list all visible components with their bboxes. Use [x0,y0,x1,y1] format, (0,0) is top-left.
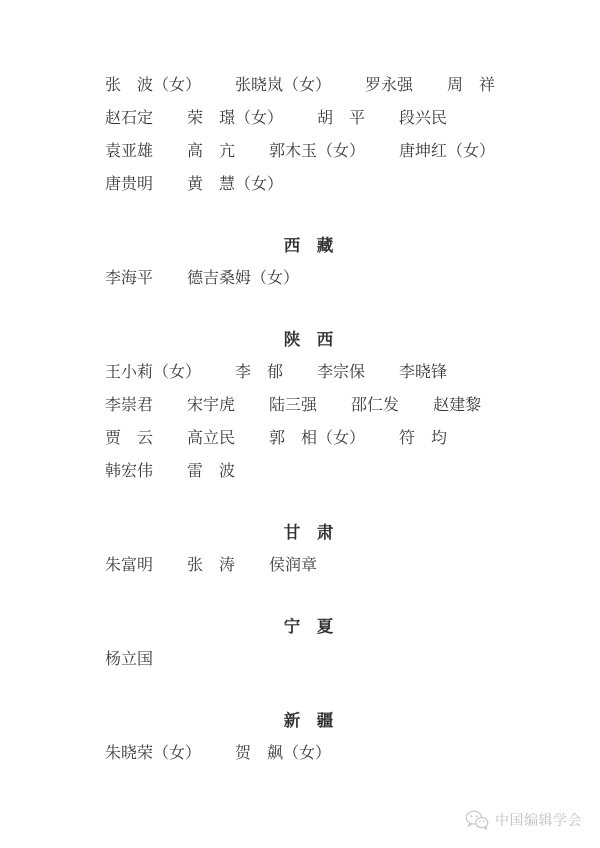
section-ningxia: 宁 夏 杨立国 [105,591,512,685]
section-shaanxi: 陕 西 王小莉（女） 李 郁 李宗保 李晓锋 李崇君 宋宇虎 陆三强 邵仁发 赵… [105,304,512,497]
person-name: 袁亚雄 [105,144,153,160]
name-row: 唐贵明 黄 慧（女） [105,177,512,193]
name-row: 赵石定 荣 璟（女） 胡 平 段兴民 [105,111,512,127]
section-header-xizang: 西 藏 [105,237,512,254]
name-row: 张 波（女） 张晓岚（女） 罗永强 周 祥 [105,78,512,94]
section-header-gansu: 甘 肃 [105,524,512,541]
name-row: 朱富明 张 涛 侯润章 [105,558,512,574]
person-name: 高 亢 [187,144,235,160]
person-name: 胡 平 [317,111,365,127]
person-name: 唐贵明 [105,177,153,193]
person-name: 杨立国 [105,652,153,668]
name-row: 贾 云 高立民 郭 相（女） 符 均 [105,431,512,447]
name-row: 杨立国 [105,652,512,668]
person-name: 高立民 [187,431,235,447]
person-name: 张 涛 [187,558,235,574]
name-row: 朱晓荣（女） 贺 飙（女） [105,746,512,762]
person-name: 唐坤红（女） [399,144,495,160]
person-name: 朱晓荣（女） [105,746,201,762]
document-page: 张 波（女） 张晓岚（女） 罗永强 周 祥 赵石定 荣 璟（女） 胡 平 段兴民… [0,0,600,848]
person-name: 李崇君 [105,398,153,414]
person-name: 周 祥 [447,78,495,94]
person-name: 李晓锋 [399,365,447,381]
name-row: 韩宏伟 雷 波 [105,464,512,480]
person-name: 贺 飙（女） [235,746,331,762]
document-content: 张 波（女） 张晓岚（女） 罗永强 周 祥 赵石定 荣 璟（女） 胡 平 段兴民… [0,0,600,779]
section-xizang: 西 藏 李海平 德吉桑姆（女） [105,210,512,304]
person-name: 宋宇虎 [187,398,235,414]
person-name: 邵仁发 [351,398,399,414]
wechat-logo-icon [465,810,489,830]
section-gansu: 甘 肃 朱富明 张 涛 侯润章 [105,497,512,591]
section-header-ningxia: 宁 夏 [105,618,512,635]
person-name: 郭木玉（女） [269,144,365,160]
person-name: 李宗保 [317,365,365,381]
person-name: 黄 慧（女） [187,177,283,193]
person-name: 李海平 [105,271,153,287]
name-row: 王小莉（女） 李 郁 李宗保 李晓锋 [105,365,512,381]
person-name: 张晓岚（女） [235,78,331,94]
person-name: 德吉桑姆（女） [187,271,299,287]
person-name: 郭 相（女） [269,431,365,447]
person-name: 侯润章 [269,558,317,574]
person-name: 张 波（女） [105,78,201,94]
person-name: 符 均 [399,431,447,447]
wechat-account-name: 中国编辑学会 [495,810,582,830]
person-name: 赵建黎 [433,398,481,414]
person-name: 朱富明 [105,558,153,574]
person-name: 段兴民 [399,111,447,127]
section-continued-names: 张 波（女） 张晓岚（女） 罗永强 周 祥 赵石定 荣 璟（女） 胡 平 段兴民… [105,78,512,210]
section-header-xinjiang: 新 疆 [105,712,512,729]
person-name: 韩宏伟 [105,464,153,480]
person-name: 罗永强 [365,78,413,94]
section-header-shaanxi: 陕 西 [105,331,512,348]
person-name: 陆三强 [269,398,317,414]
wechat-watermark: 中国编辑学会 [465,808,582,832]
section-xinjiang: 新 疆 朱晓荣（女） 贺 飙（女） [105,685,512,779]
person-name: 贾 云 [105,431,153,447]
person-name: 荣 璟（女） [187,111,283,127]
name-row: 袁亚雄 高 亢 郭木玉（女） 唐坤红（女） [105,144,512,160]
name-row: 李崇君 宋宇虎 陆三强 邵仁发 赵建黎 [105,398,512,414]
person-name: 王小莉（女） [105,365,201,381]
person-name: 李 郁 [235,365,283,381]
name-row: 李海平 德吉桑姆（女） [105,271,512,287]
person-name: 雷 波 [187,464,235,480]
person-name: 赵石定 [105,111,153,127]
